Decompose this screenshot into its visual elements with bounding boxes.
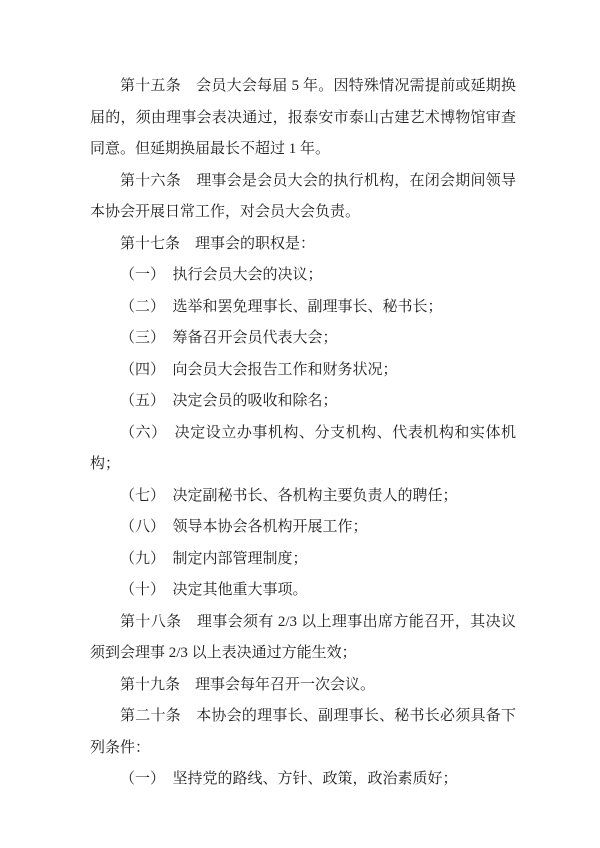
list-item: （五） 决定会员的吸收和除名；: [90, 386, 516, 418]
article-paragraph: 第十七条 理事会的职权是：: [90, 229, 516, 261]
document-page: 第十五条 会员大会每届 5 年。因特殊情况需提前或延期换届的，须由理事会表决通过…: [0, 0, 600, 848]
article-paragraph: 第十六条 理事会是会员大会的执行机构，在闭会期间领导本协会开展日常工作，对会员大…: [90, 166, 516, 229]
list-item: （二） 选举和罢免理事长、副理事长、秘书长；: [90, 292, 516, 324]
list-item: （八） 领导本协会各机构开展工作；: [90, 512, 516, 544]
article-paragraph: 第十九条 理事会每年召开一次会议。: [90, 670, 516, 702]
list-item: （四） 向会员大会报告工作和财务状况；: [90, 355, 516, 387]
list-item: （六） 决定设立办事机构、分支机构、代表机构和实体机构；: [90, 418, 516, 481]
list-item: （七） 决定副秘书长、各机构主要负责人的聘任；: [90, 481, 516, 513]
list-item: （十） 决定其他重大事项。: [90, 575, 516, 607]
article-paragraph: 第二十条 本协会的理事长、副理事长、秘书长必须具备下列条件：: [90, 701, 516, 764]
list-item: （九） 制定内部管理制度；: [90, 544, 516, 576]
article-paragraph: 第十八条 理事会须有 2/3 以上理事出席方能召开，其决议须到会理事 2/3 以…: [90, 607, 516, 670]
article-paragraph: 第十五条 会员大会每届 5 年。因特殊情况需提前或延期换届的，须由理事会表决通过…: [90, 71, 516, 166]
list-item: （三） 筹备召开会员代表大会；: [90, 323, 516, 355]
list-item: （一） 坚持党的路线、方针、政策，政治素质好；: [90, 764, 516, 796]
document-body: 第十五条 会员大会每届 5 年。因特殊情况需提前或延期换届的，须由理事会表决通过…: [90, 71, 516, 796]
list-item: （一） 执行会员大会的决议；: [90, 260, 516, 292]
